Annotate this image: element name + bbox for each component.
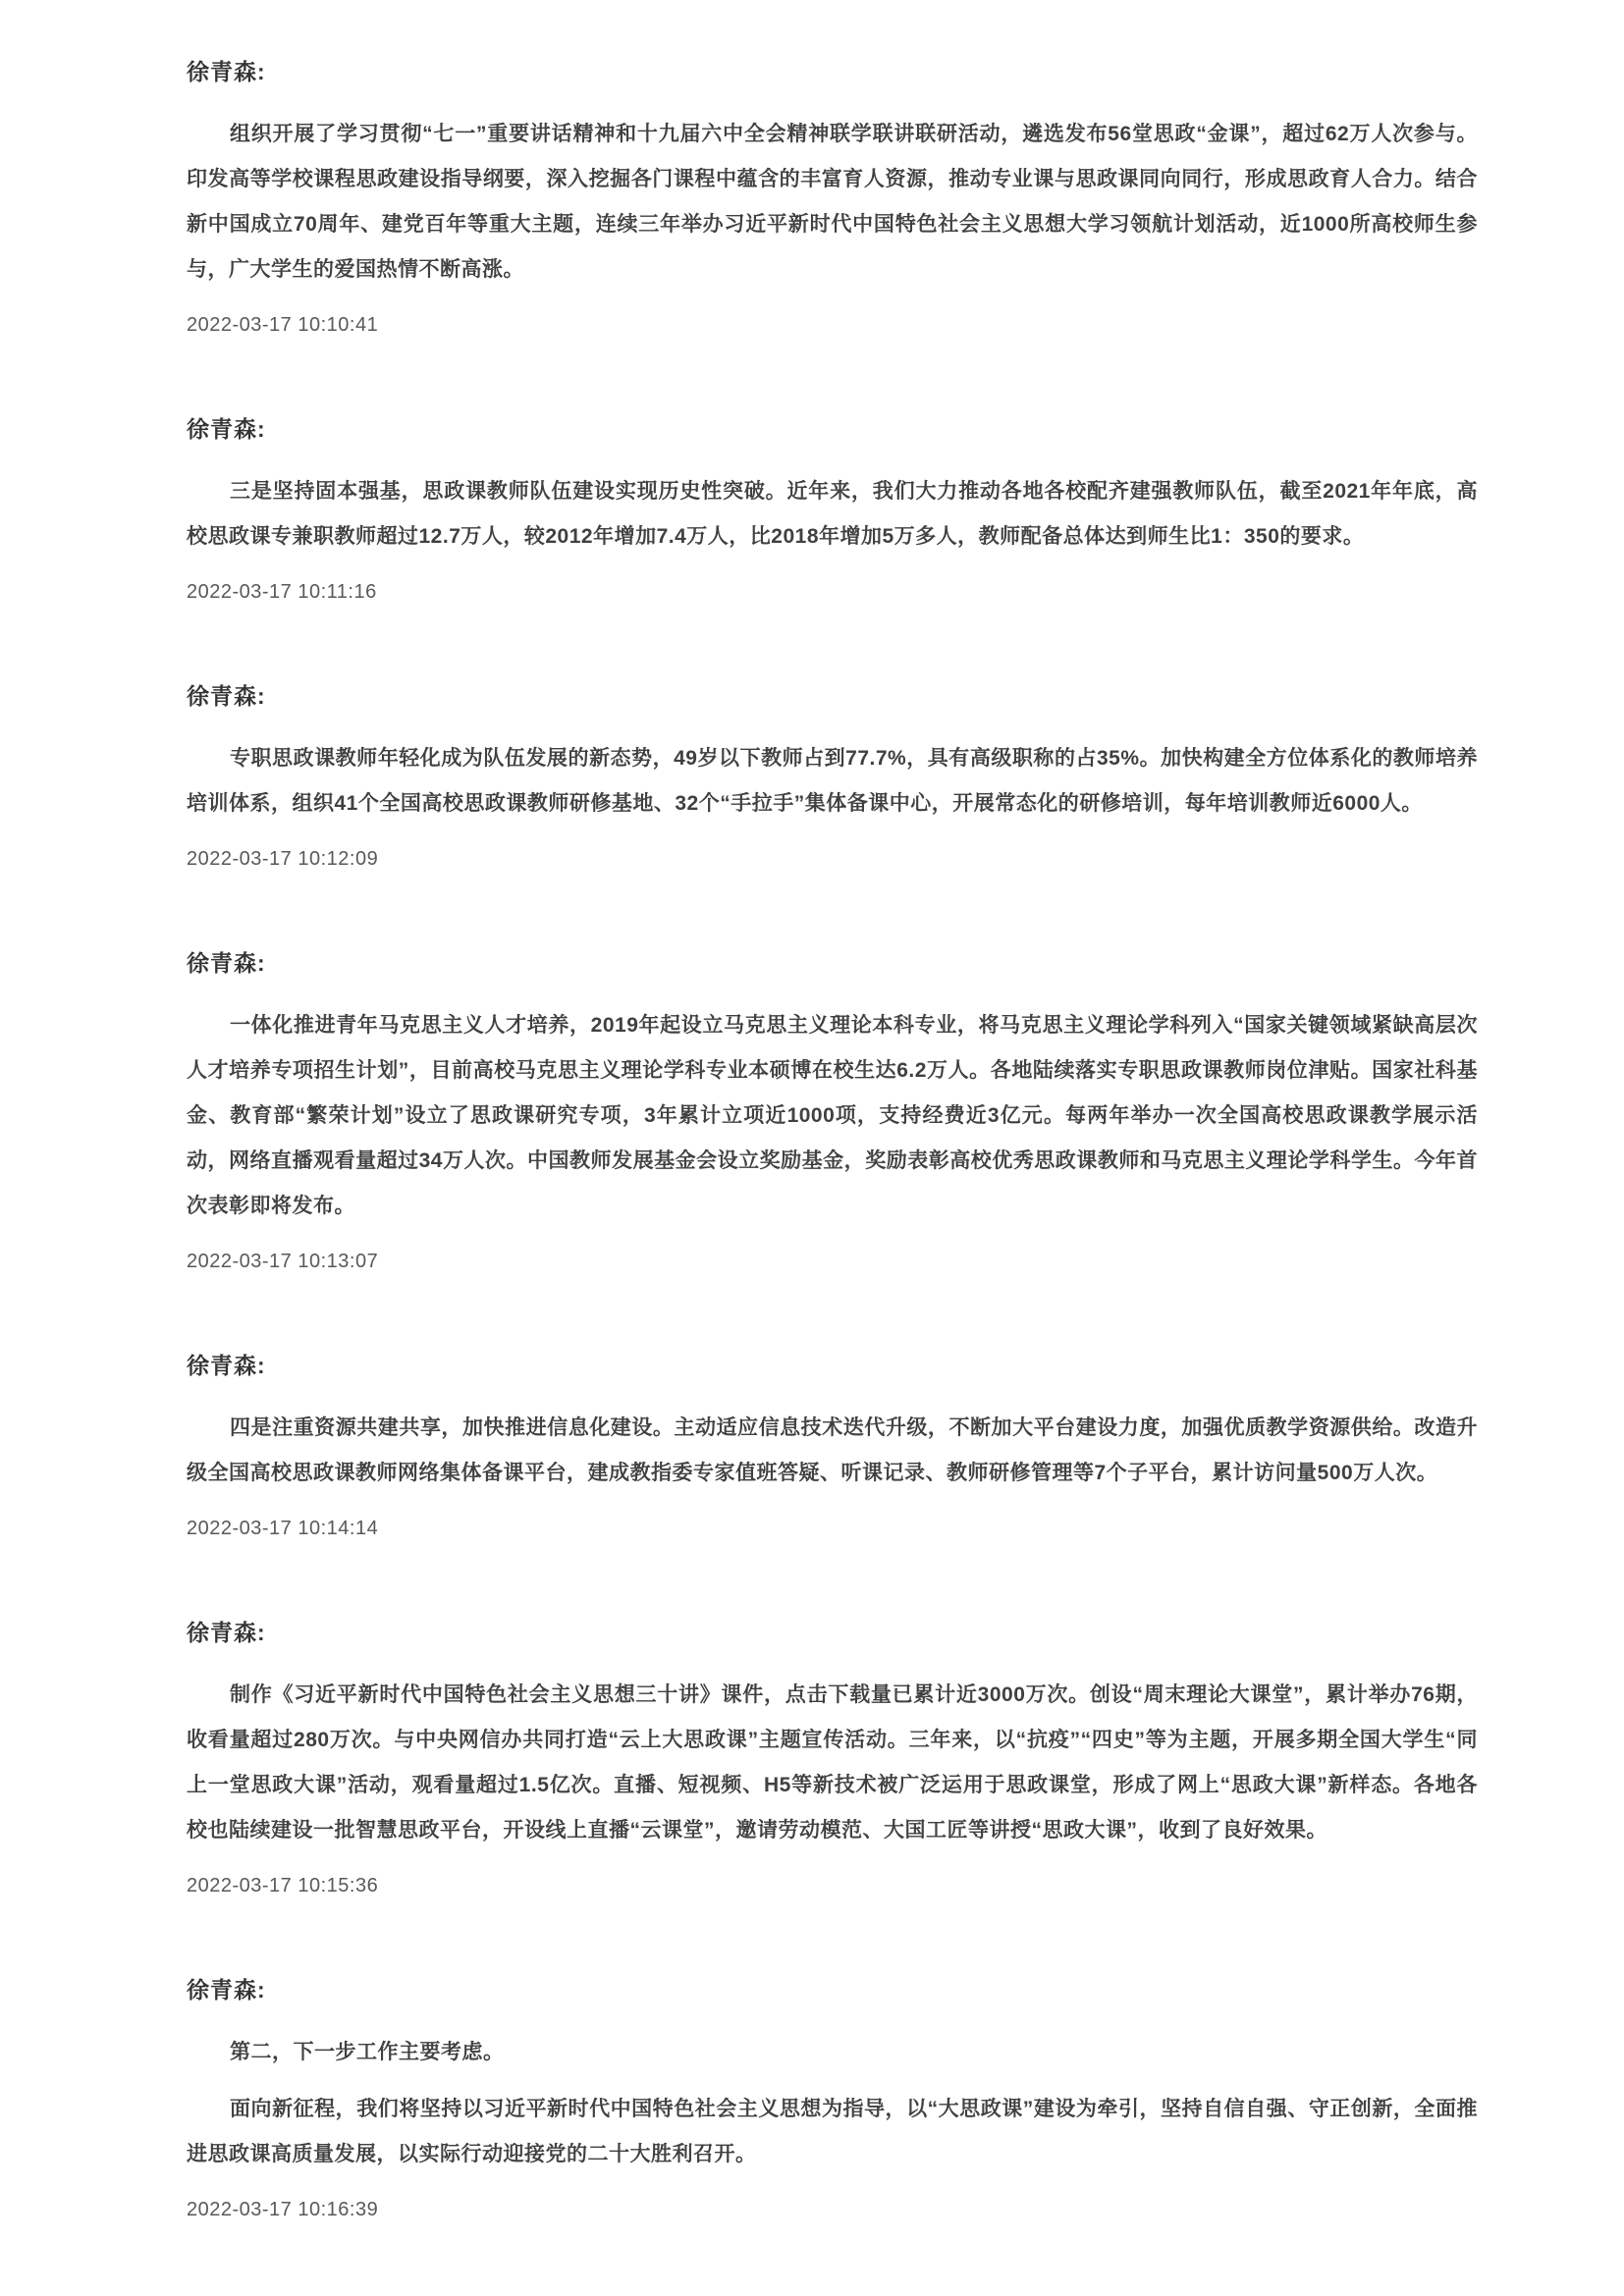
transcript-entry: 徐青森: 三是坚持固本强基，思政课教师队伍建设实现历史性突破。近年来，我们大力推… [187, 414, 1478, 605]
speech-paragraph: 一体化推进青年马克思主义人才培养，2019年起设立马克思主义理论本科专业，将马克… [187, 1003, 1478, 1229]
speech-paragraph: 面向新征程，我们将坚持以习近平新时代中国特色社会主义思想为指导，以“大思政课”建… [187, 2087, 1478, 2177]
transcript-entry: 徐青森: 专职思政课教师年轻化成为队伍发展的新态势，49岁以下教师占到77.7%… [187, 681, 1478, 872]
transcript-page: { "page": { "background_color": "#ffffff… [0, 0, 1624, 2296]
timestamp: 2022-03-17 10:13:07 [187, 1249, 1478, 1274]
speaker-name: 徐青森: [187, 948, 1478, 978]
timestamp: 2022-03-17 10:14:14 [187, 1516, 1478, 1541]
speaker-name: 徐青森: [187, 1351, 1478, 1380]
speech-paragraph: 专职思政课教师年轻化成为队伍发展的新态势，49岁以下教师占到77.7%，具有高级… [187, 736, 1478, 827]
timestamp: 2022-03-17 10:16:39 [187, 2197, 1478, 2222]
transcript-entry: 徐青森: 四是注重资源共建共享，加快推进信息化建设。主动适应信息技术迭代升级，不… [187, 1351, 1478, 1541]
transcript-entry: 徐青森: 一体化推进青年马克思主义人才培养，2019年起设立马克思主义理论本科专… [187, 948, 1478, 1274]
transcript-entry: 徐青森: 第二，下一步工作主要考虑。 面向新征程，我们将坚持以习近平新时代中国特… [187, 1975, 1478, 2222]
timestamp: 2022-03-17 10:11:16 [187, 579, 1478, 605]
speech-paragraph: 制作《习近平新时代中国特色社会主义思想三十讲》课件，点击下载量已累计近3000万… [187, 1673, 1478, 1853]
speaker-name: 徐青森: [187, 414, 1478, 444]
transcript-entry: 徐青森: 制作《习近平新时代中国特色社会主义思想三十讲》课件，点击下载量已累计近… [187, 1618, 1478, 1898]
speech-paragraph: 三是坚持固本强基，思政课教师队伍建设实现历史性突破。近年来，我们大力推动各地各校… [187, 469, 1478, 560]
speech-paragraph: 四是注重资源共建共享，加快推进信息化建设。主动适应信息技术迭代升级，不断加大平台… [187, 1406, 1478, 1496]
timestamp: 2022-03-17 10:12:09 [187, 846, 1478, 872]
timestamp: 2022-03-17 10:10:41 [187, 312, 1478, 338]
speaker-name: 徐青森: [187, 1618, 1478, 1647]
timestamp: 2022-03-17 10:15:36 [187, 1873, 1478, 1898]
speaker-name: 徐青森: [187, 57, 1478, 86]
speech-paragraph: 组织开展了学习贯彻“七一”重要讲话精神和十九届六中全会精神联学联讲联研活动，遴选… [187, 112, 1478, 293]
transcript-entry: 徐青森: 组织开展了学习贯彻“七一”重要讲话精神和十九届六中全会精神联学联讲联研… [187, 57, 1478, 338]
speech-paragraph: 第二，下一步工作主要考虑。 [187, 2030, 1478, 2075]
speaker-name: 徐青森: [187, 681, 1478, 711]
speaker-name: 徐青森: [187, 1975, 1478, 2004]
transcript-content: 徐青森: 组织开展了学习贯彻“七一”重要讲话精神和十九届六中全会精神联学联讲联研… [0, 0, 1624, 2296]
